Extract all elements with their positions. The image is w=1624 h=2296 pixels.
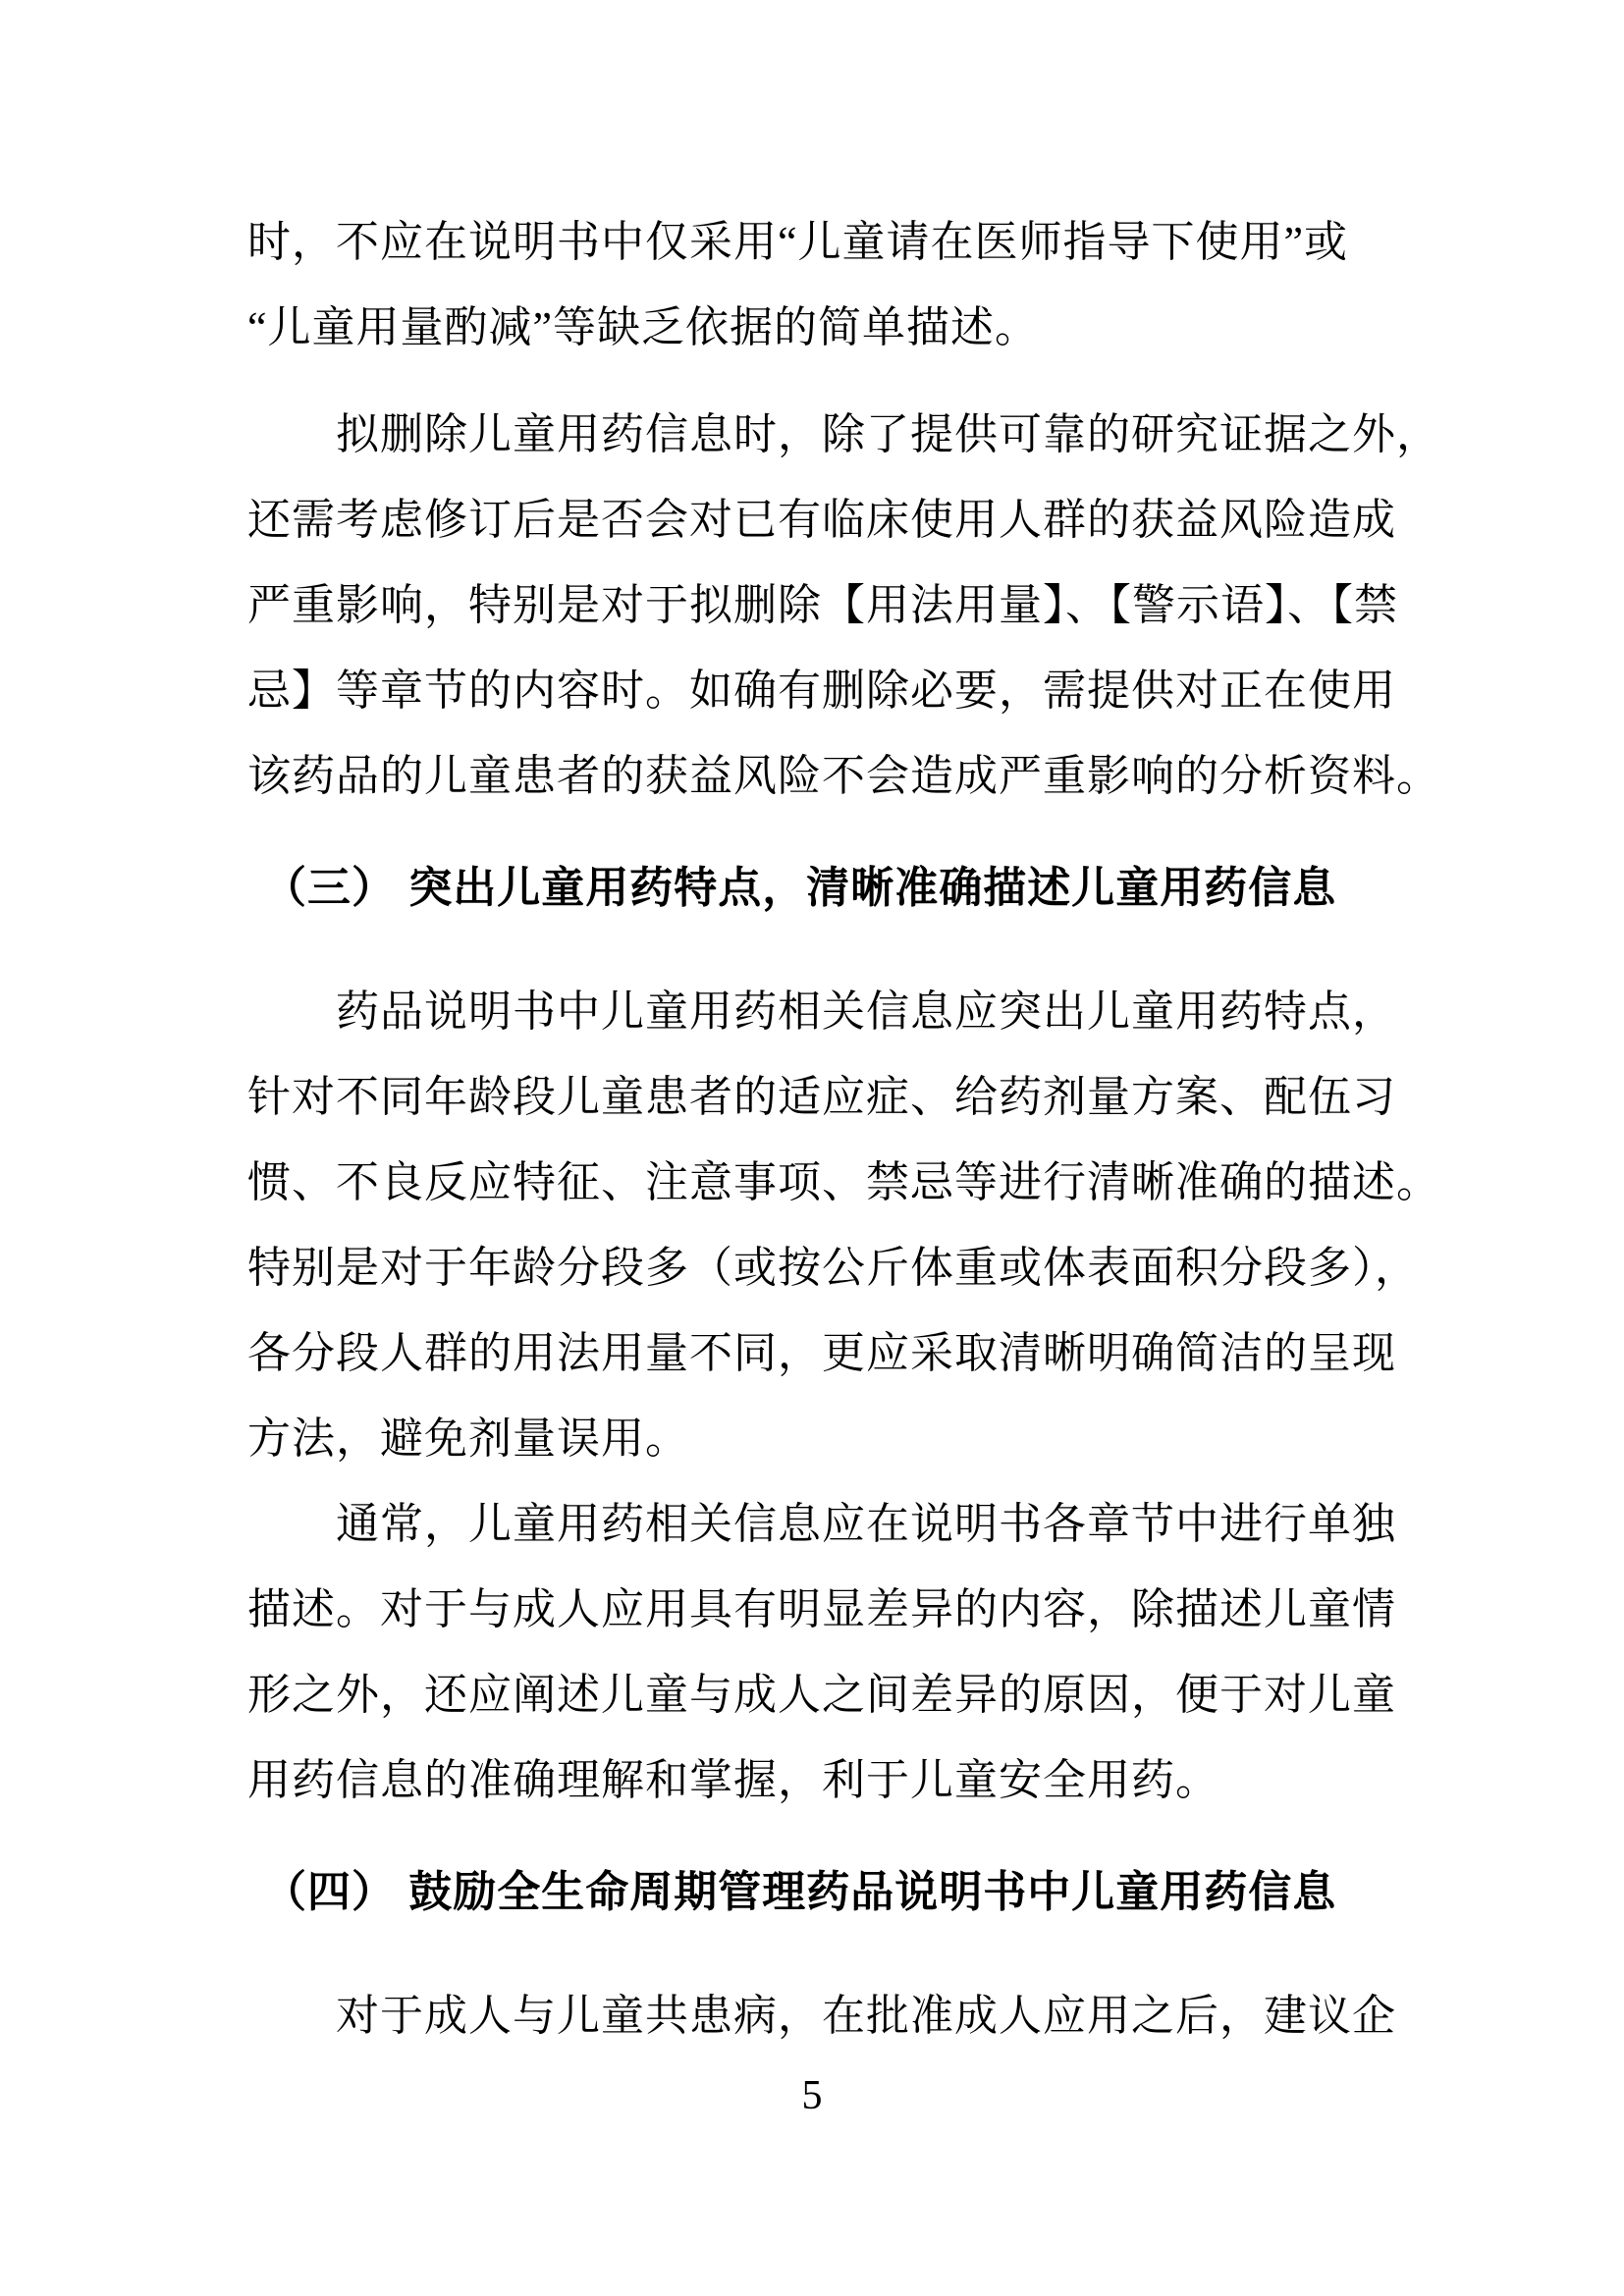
paragraph-highlight-features: 药品说明书中儿童用药相关信息应突出儿童用药特点， 针对不同年龄段儿童患者的适应症… (247, 969, 1534, 1481)
section-heading-4: （四） 鼓励全生命周期管理药品说明书中儿童用药信息 (247, 1849, 1534, 1935)
section-heading-3: （三） 突出儿童用药特点，清晰准确描述儿童用药信息 (247, 845, 1534, 931)
paragraph-separate-description: 通常，儿童用药相关信息应在说明书各章节中进行单独 描述。对于与成人应用具有明显差… (247, 1481, 1534, 1823)
paragraph-lifecycle: 对于成人与儿童共患病，在批准成人应用之后，建议企 (247, 1973, 1534, 2058)
page-number: 5 (0, 2073, 1624, 2118)
document-body: 时，不应在说明书中仅采用“儿童请在医师指导下使用”或 “儿童用量酌减”等缺乏依据… (247, 199, 1534, 2058)
paragraph-continuation: 时，不应在说明书中仅采用“儿童请在医师指导下使用”或 “儿童用量酌减”等缺乏依据… (247, 199, 1534, 370)
document-page: 时，不应在说明书中仅采用“儿童请在医师指导下使用”或 “儿童用量酌减”等缺乏依据… (0, 0, 1624, 2296)
paragraph-delete-info: 拟删除儿童用药信息时，除了提供可靠的研究证据之外， 还需考虑修订后是否会对已有临… (247, 392, 1534, 819)
